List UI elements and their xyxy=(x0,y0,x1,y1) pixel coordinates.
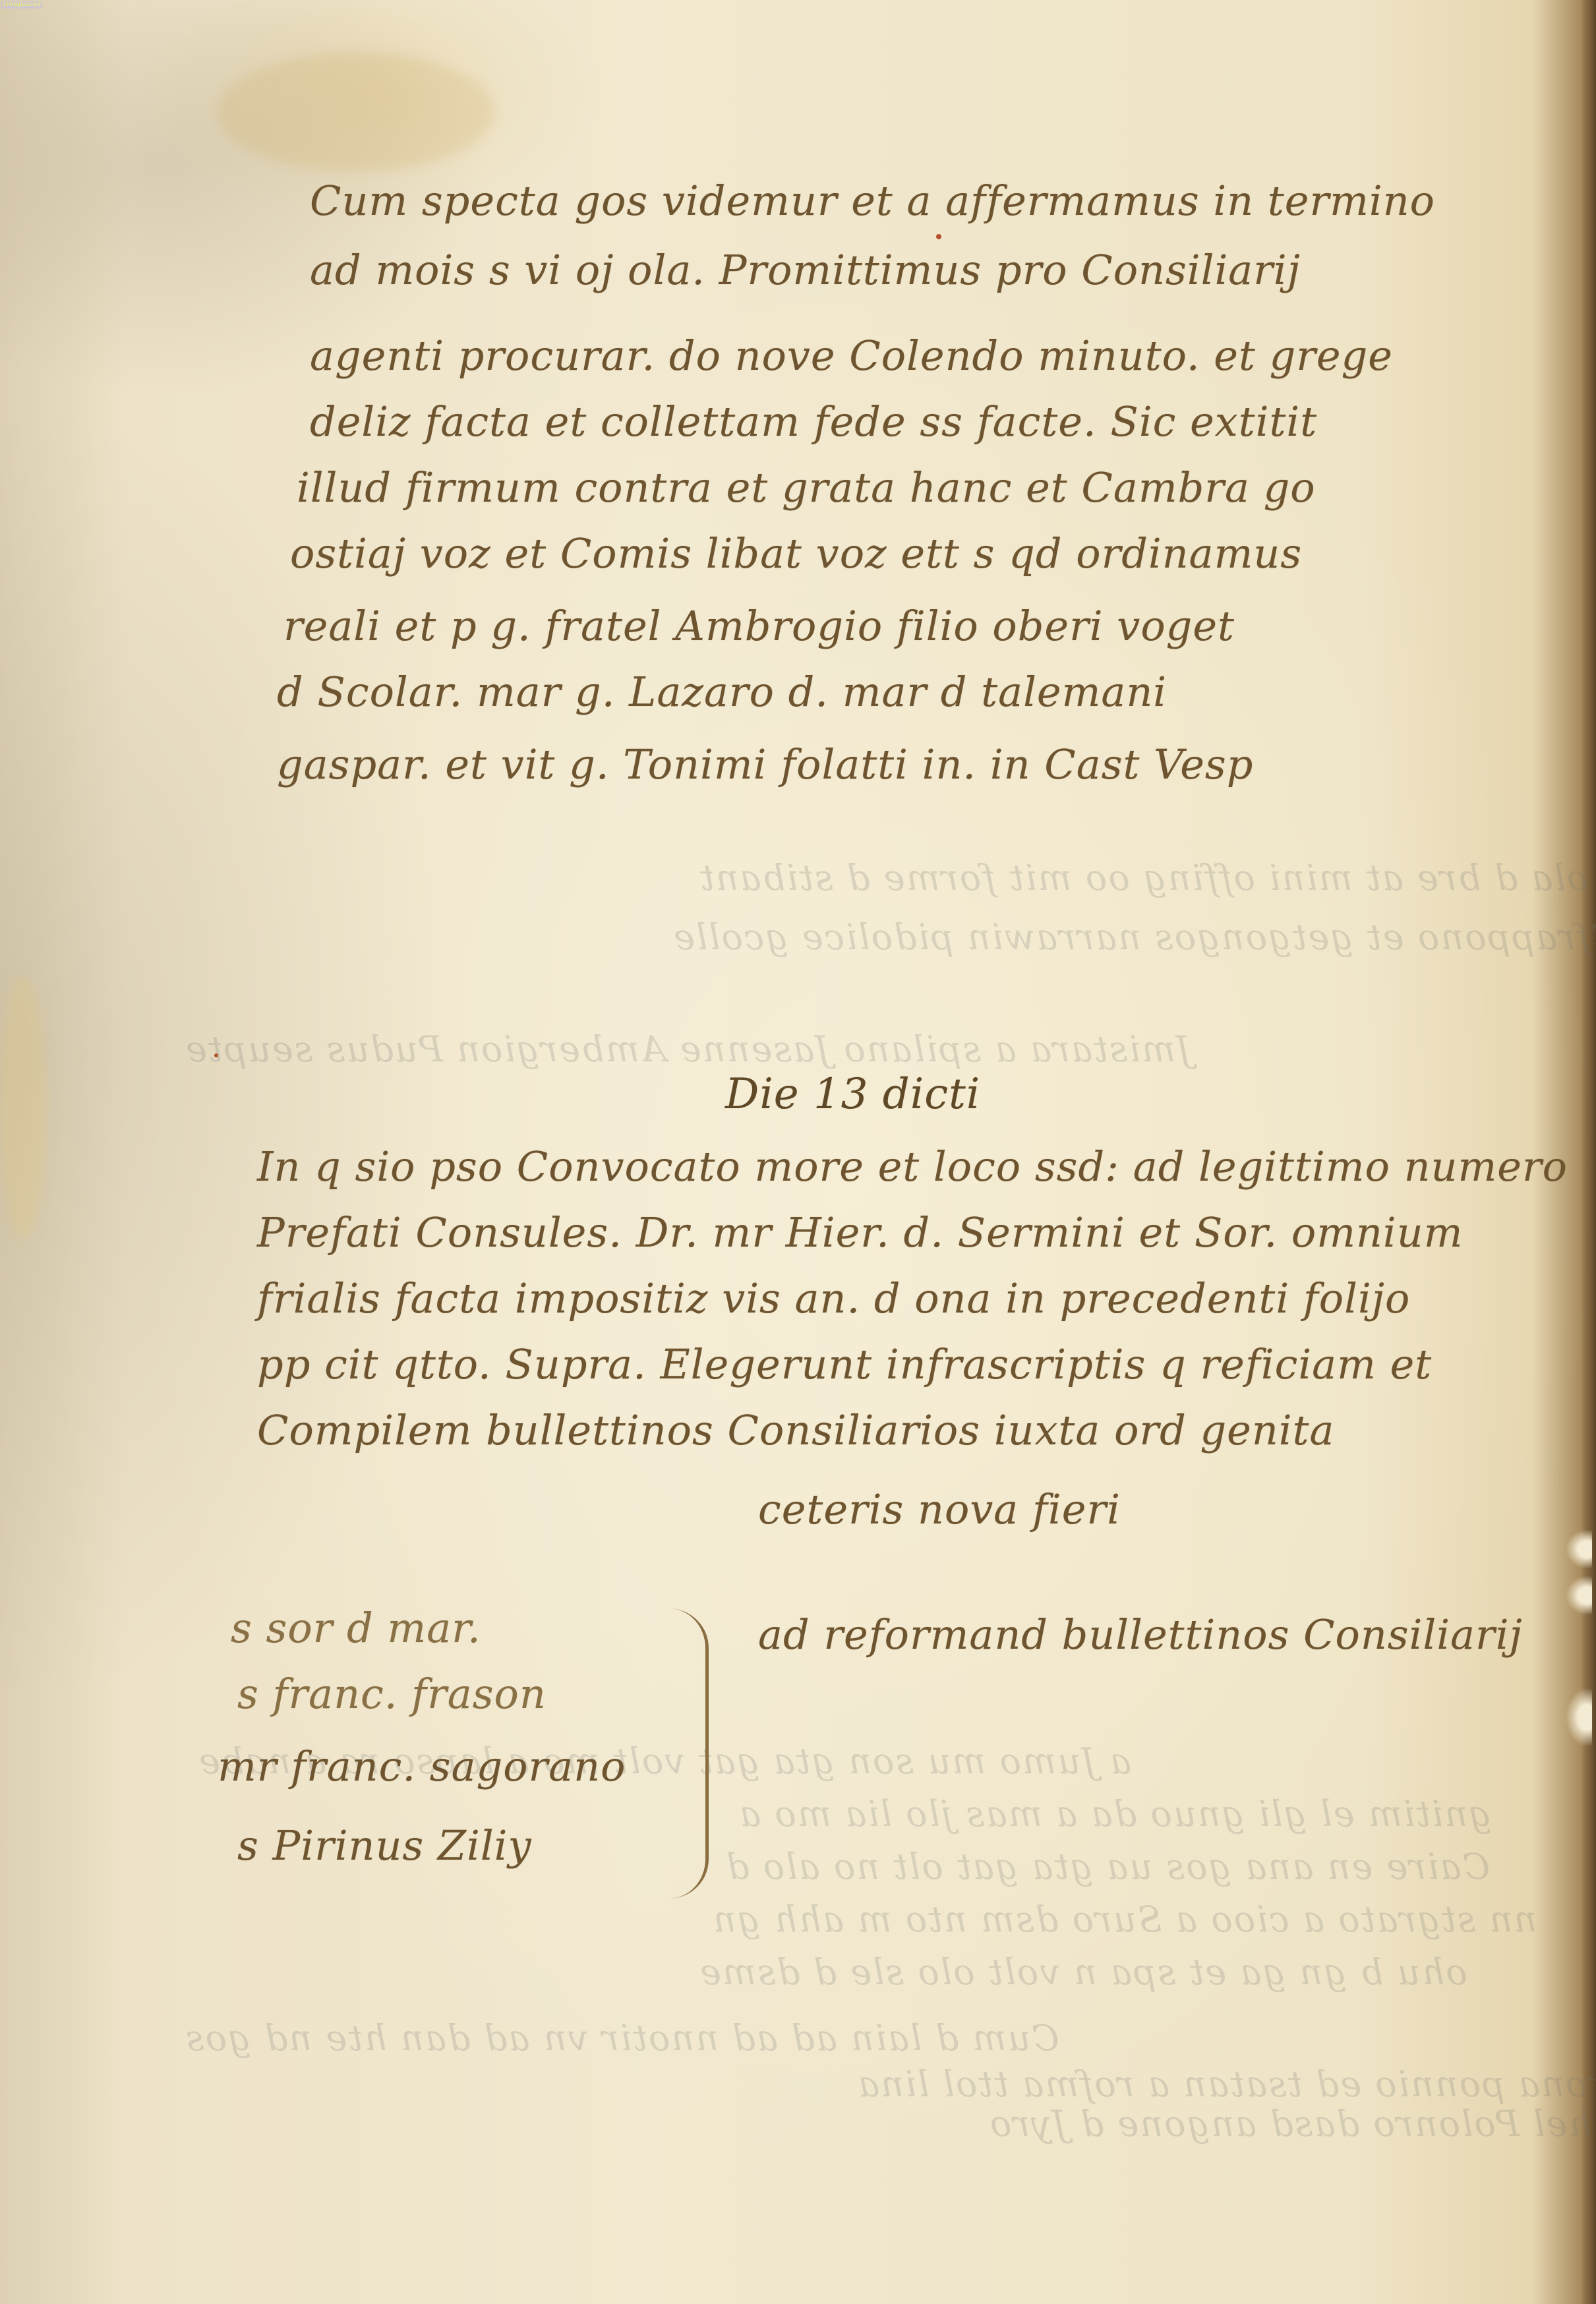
text-line: ceteris nova fieri xyxy=(758,1483,1121,1536)
text-line: In q sio pso Convocato more et loco ssd:… xyxy=(257,1140,1568,1193)
text-line: reali et p g. fratel Ambrogio filio ober… xyxy=(283,600,1235,653)
edge-tear xyxy=(1566,1576,1592,1615)
text-line: illud firmum contra et grata hanc et Cam… xyxy=(297,461,1316,514)
binding-edge xyxy=(1581,0,1596,2304)
name-entry: s Pirinus Ziliy xyxy=(237,1819,532,1872)
edge-tear xyxy=(1566,1529,1592,1569)
text-line: agenti procurar. do nove Colendo minuto.… xyxy=(310,330,1393,382)
ink-spot xyxy=(936,234,941,239)
date-heading: Die 13 dicti xyxy=(725,1068,980,1121)
manuscript-page: Unregistered a ola d bre at mini offing … xyxy=(0,0,1596,2304)
text-line: d Scolar. mar g. Lazaro d. mar d taleman… xyxy=(277,666,1167,719)
text-line: Cum specta gos videmur et a affermamus i… xyxy=(310,175,1435,227)
text-line: ad mois s vi oj ola. Promittimus pro Con… xyxy=(310,244,1301,297)
text-line: pp cit qtto. Supra. Elegerunt infrascrip… xyxy=(257,1338,1432,1391)
name-entry: mr franc. sagorano xyxy=(218,1740,626,1793)
text-line: frialis facta impositiz vis an. d ona in… xyxy=(257,1272,1410,1325)
water-stain xyxy=(218,53,494,171)
text-line: Compilem bullettinos Consiliarios iuxta … xyxy=(257,1404,1334,1457)
grouping-bracket xyxy=(666,1609,709,1899)
text-line: ostiaj voz et Comis libat voz ett s qd o… xyxy=(290,527,1302,580)
unregistered-watermark: Unregistered xyxy=(1,1,42,9)
bracket-note: ad reformand bullettinos Consiliarij xyxy=(758,1609,1523,1661)
text-line: deliz facta et collettam fede ss facte. … xyxy=(310,396,1317,448)
ink-spot xyxy=(214,1053,218,1057)
name-entry: s sor d mar. xyxy=(231,1602,481,1655)
water-stain xyxy=(0,976,46,1239)
edge-tear xyxy=(1566,1688,1592,1747)
name-entry: s franc. frason xyxy=(237,1668,547,1721)
text-line: Prefati Consules. Dr. mr Hier. d. Sermin… xyxy=(257,1206,1463,1259)
text-line: gaspar. et vit g. Tonimi folatti in. in … xyxy=(277,738,1253,791)
